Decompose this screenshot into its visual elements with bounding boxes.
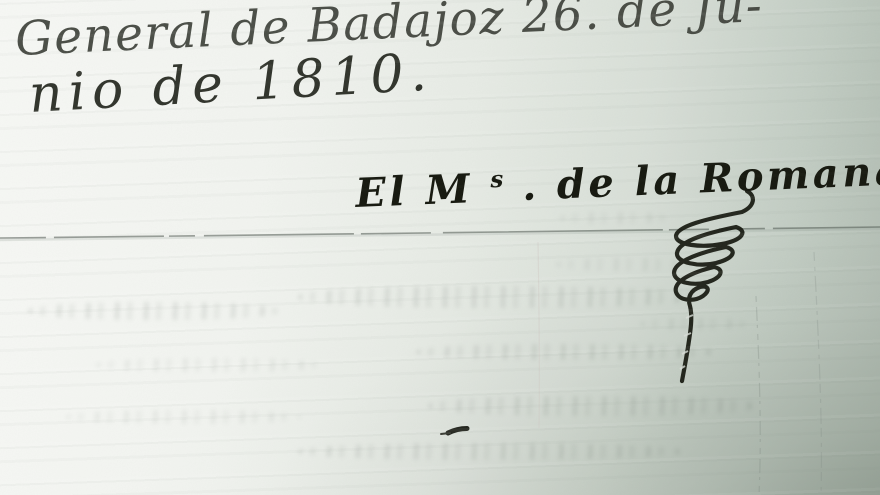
paper-grain-overlay [0, 0, 880, 495]
handwriting-layer: General de Badajoz 26. de Ju- nio de 181… [0, 0, 880, 495]
manuscript-photo: General de Badajoz 26. de Ju- nio de 181… [0, 0, 880, 495]
